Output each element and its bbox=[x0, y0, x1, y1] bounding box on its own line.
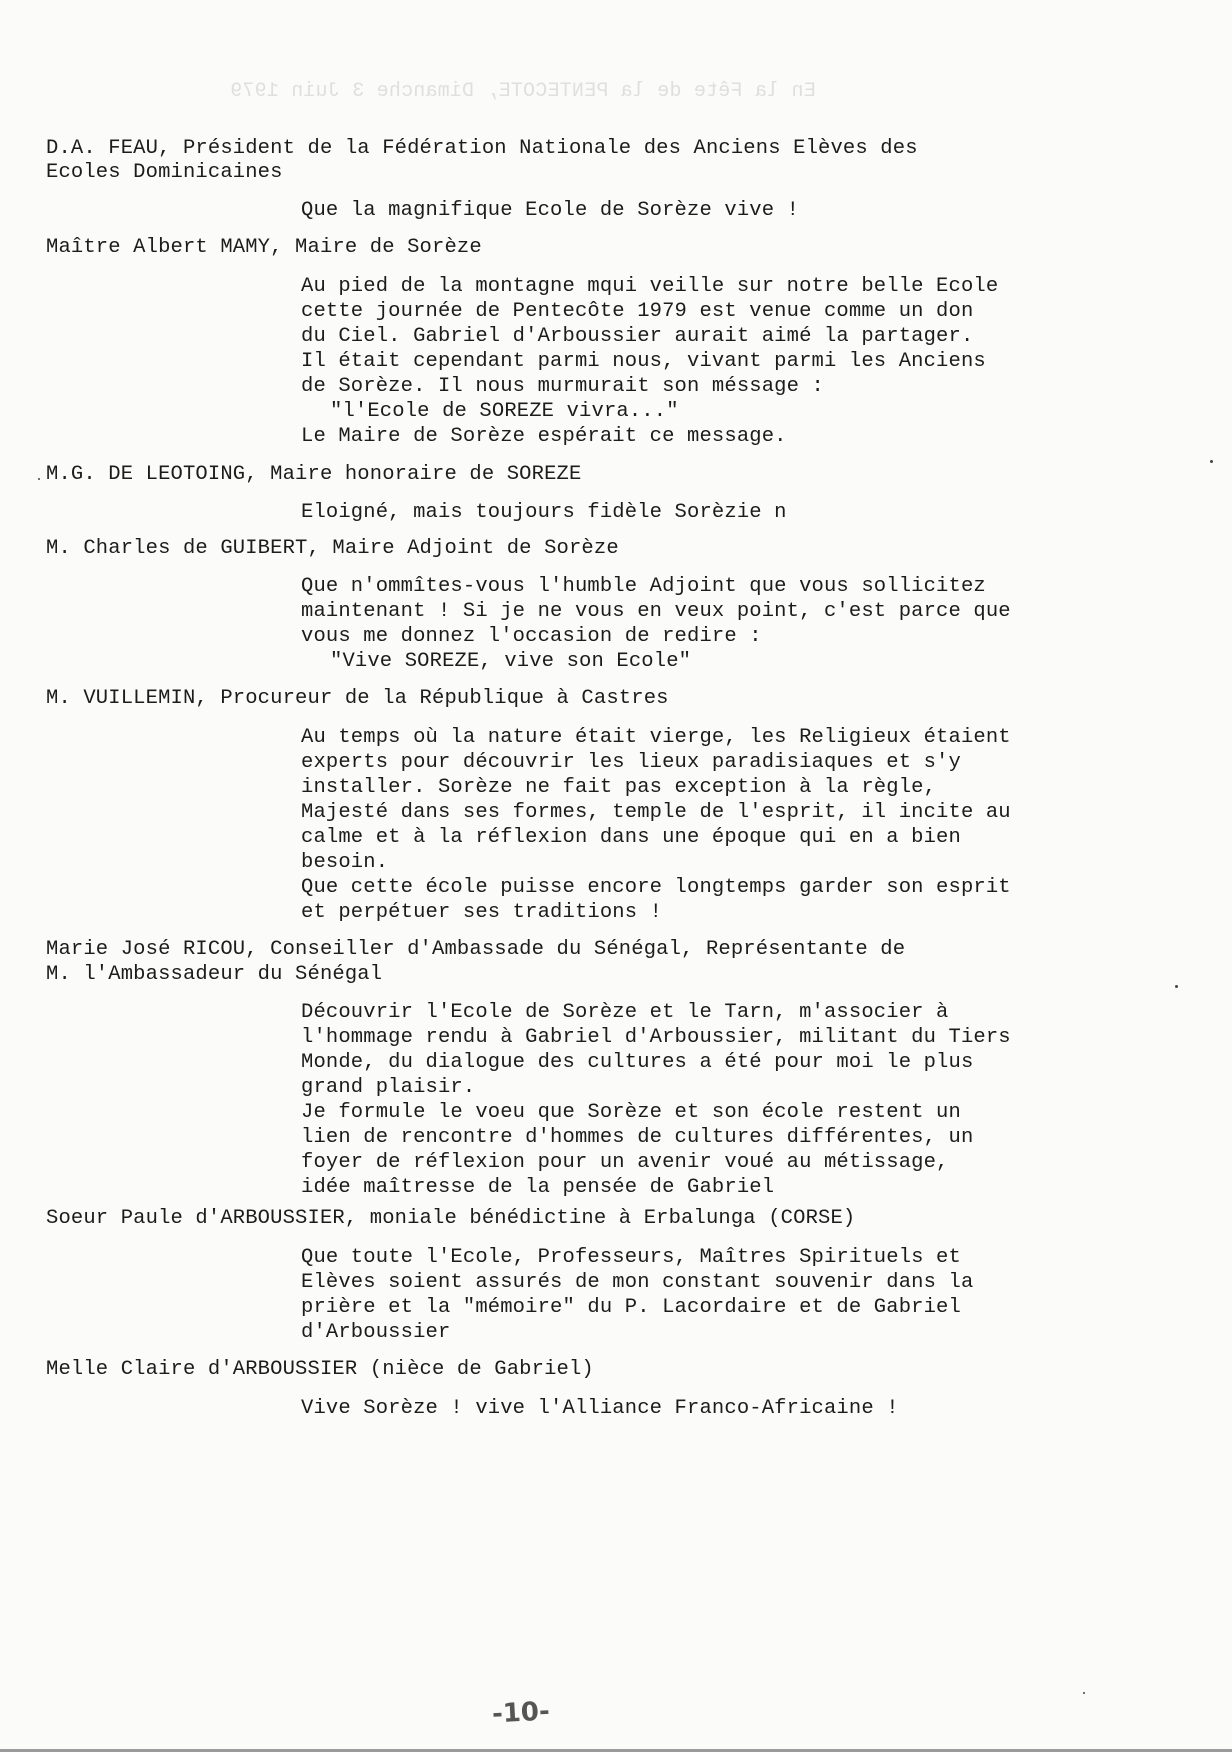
message-line: grand plaisir. bbox=[301, 1075, 475, 1100]
message-line: l'hommage rendu à Gabriel d'Arboussier, … bbox=[301, 1025, 1011, 1050]
message-line: Il était cependant parmi nous, vivant pa… bbox=[301, 349, 986, 374]
message-line: vous me donnez l'occasion de redire : bbox=[301, 624, 762, 649]
message-line: cette journée de Pentecôte 1979 est venu… bbox=[301, 299, 973, 324]
message-line: Je formule le voeu que Sorèze et son éco… bbox=[301, 1100, 961, 1125]
message-line: experts pour découvrir les lieux paradis… bbox=[301, 750, 961, 775]
message-line: foyer de réflexion pour un avenir voué a… bbox=[301, 1150, 949, 1175]
speaker-line: M.G. DE LEOTOING, Maire honoraire de SOR… bbox=[46, 462, 581, 487]
speaker-line: Marie José RICOU, Conseiller d'Ambassade… bbox=[46, 937, 905, 962]
message-line: lien de rencontre d'hommes de cultures d… bbox=[301, 1125, 973, 1150]
message-line: maintenant ! Si je ne vous en veux point… bbox=[301, 599, 1011, 624]
message-line: calme et à la réflexion dans une époque … bbox=[301, 825, 961, 850]
message-line: Vive Sorèze ! vive l'Alliance Franco-Afr… bbox=[301, 1396, 899, 1421]
paper-speck bbox=[1083, 1692, 1085, 1694]
message-line: installer. Sorèze ne fait pas exception … bbox=[301, 775, 936, 800]
document-page: En la Fête de la PENTECOTE, Dimanche 3 J… bbox=[0, 0, 1232, 1752]
showthrough-heading: En la Fête de la PENTECOTE, Dimanche 3 J… bbox=[230, 80, 816, 103]
message-line: Que toute l'Ecole, Professeurs, Maîtres … bbox=[301, 1245, 961, 1270]
message-line: Au temps où la nature était vierge, les … bbox=[301, 725, 1011, 750]
message-line: et perpétuer ses traditions ! bbox=[301, 900, 662, 925]
speaker-line: Soeur Paule d'ARBOUSSIER, moniale bénédi… bbox=[46, 1206, 855, 1231]
speaker-line: D.A. FEAU, Président de la Fédération Na… bbox=[46, 136, 918, 161]
message-line: de Sorèze. Il nous murmurait son méssage… bbox=[301, 374, 824, 399]
message-line: Découvrir l'Ecole de Sorèze et le Tarn, … bbox=[301, 1000, 949, 1025]
speaker-line: Maître Albert MAMY, Maire de Sorèze bbox=[46, 235, 482, 260]
message-line: "l'Ecole de SOREZE vivra..." bbox=[330, 399, 679, 424]
speaker-line: M. l'Ambassadeur du Sénégal bbox=[46, 962, 382, 987]
message-line: "Vive SOREZE, vive son Ecole" bbox=[330, 649, 691, 674]
message-line: Au pied de la montagne mqui veille sur n… bbox=[301, 274, 998, 299]
message-line: d'Arboussier bbox=[301, 1320, 450, 1345]
page-number: -10- bbox=[491, 1697, 550, 1730]
speaker-line: M. VUILLEMIN, Procureur de la République… bbox=[46, 686, 669, 711]
message-line: Que la magnifique Ecole de Sorèze vive ! bbox=[301, 198, 799, 223]
message-line: Majesté dans ses formes, temple de l'esp… bbox=[301, 800, 1011, 825]
paper-speck bbox=[1175, 985, 1178, 988]
paper-speck bbox=[38, 478, 40, 480]
speaker-line: M. Charles de GUIBERT, Maire Adjoint de … bbox=[46, 536, 619, 561]
message-line: prière et la "mémoire" du P. Lacordaire … bbox=[301, 1295, 961, 1320]
message-line: Monde, du dialogue des cultures a été po… bbox=[301, 1050, 973, 1075]
message-line: du Ciel. Gabriel d'Arboussier aurait aim… bbox=[301, 324, 973, 349]
paper-speck bbox=[1210, 460, 1213, 463]
message-line: idée maîtresse de la pensée de Gabriel bbox=[301, 1175, 774, 1200]
message-line: Eloigné, mais toujours fidèle Sorèzie n bbox=[301, 500, 787, 525]
message-line: besoin. bbox=[301, 850, 388, 875]
speaker-line: Melle Claire d'ARBOUSSIER (nièce de Gabr… bbox=[46, 1357, 594, 1382]
message-line: Que n'ommîtes-vous l'humble Adjoint que … bbox=[301, 574, 986, 599]
message-line: Que cette école puisse encore longtemps … bbox=[301, 875, 1011, 900]
speaker-line: Ecoles Dominicaines bbox=[46, 160, 283, 185]
message-line: Le Maire de Sorèze espérait ce message. bbox=[301, 424, 787, 449]
message-line: Elèves soient assurés de mon constant so… bbox=[301, 1270, 973, 1295]
